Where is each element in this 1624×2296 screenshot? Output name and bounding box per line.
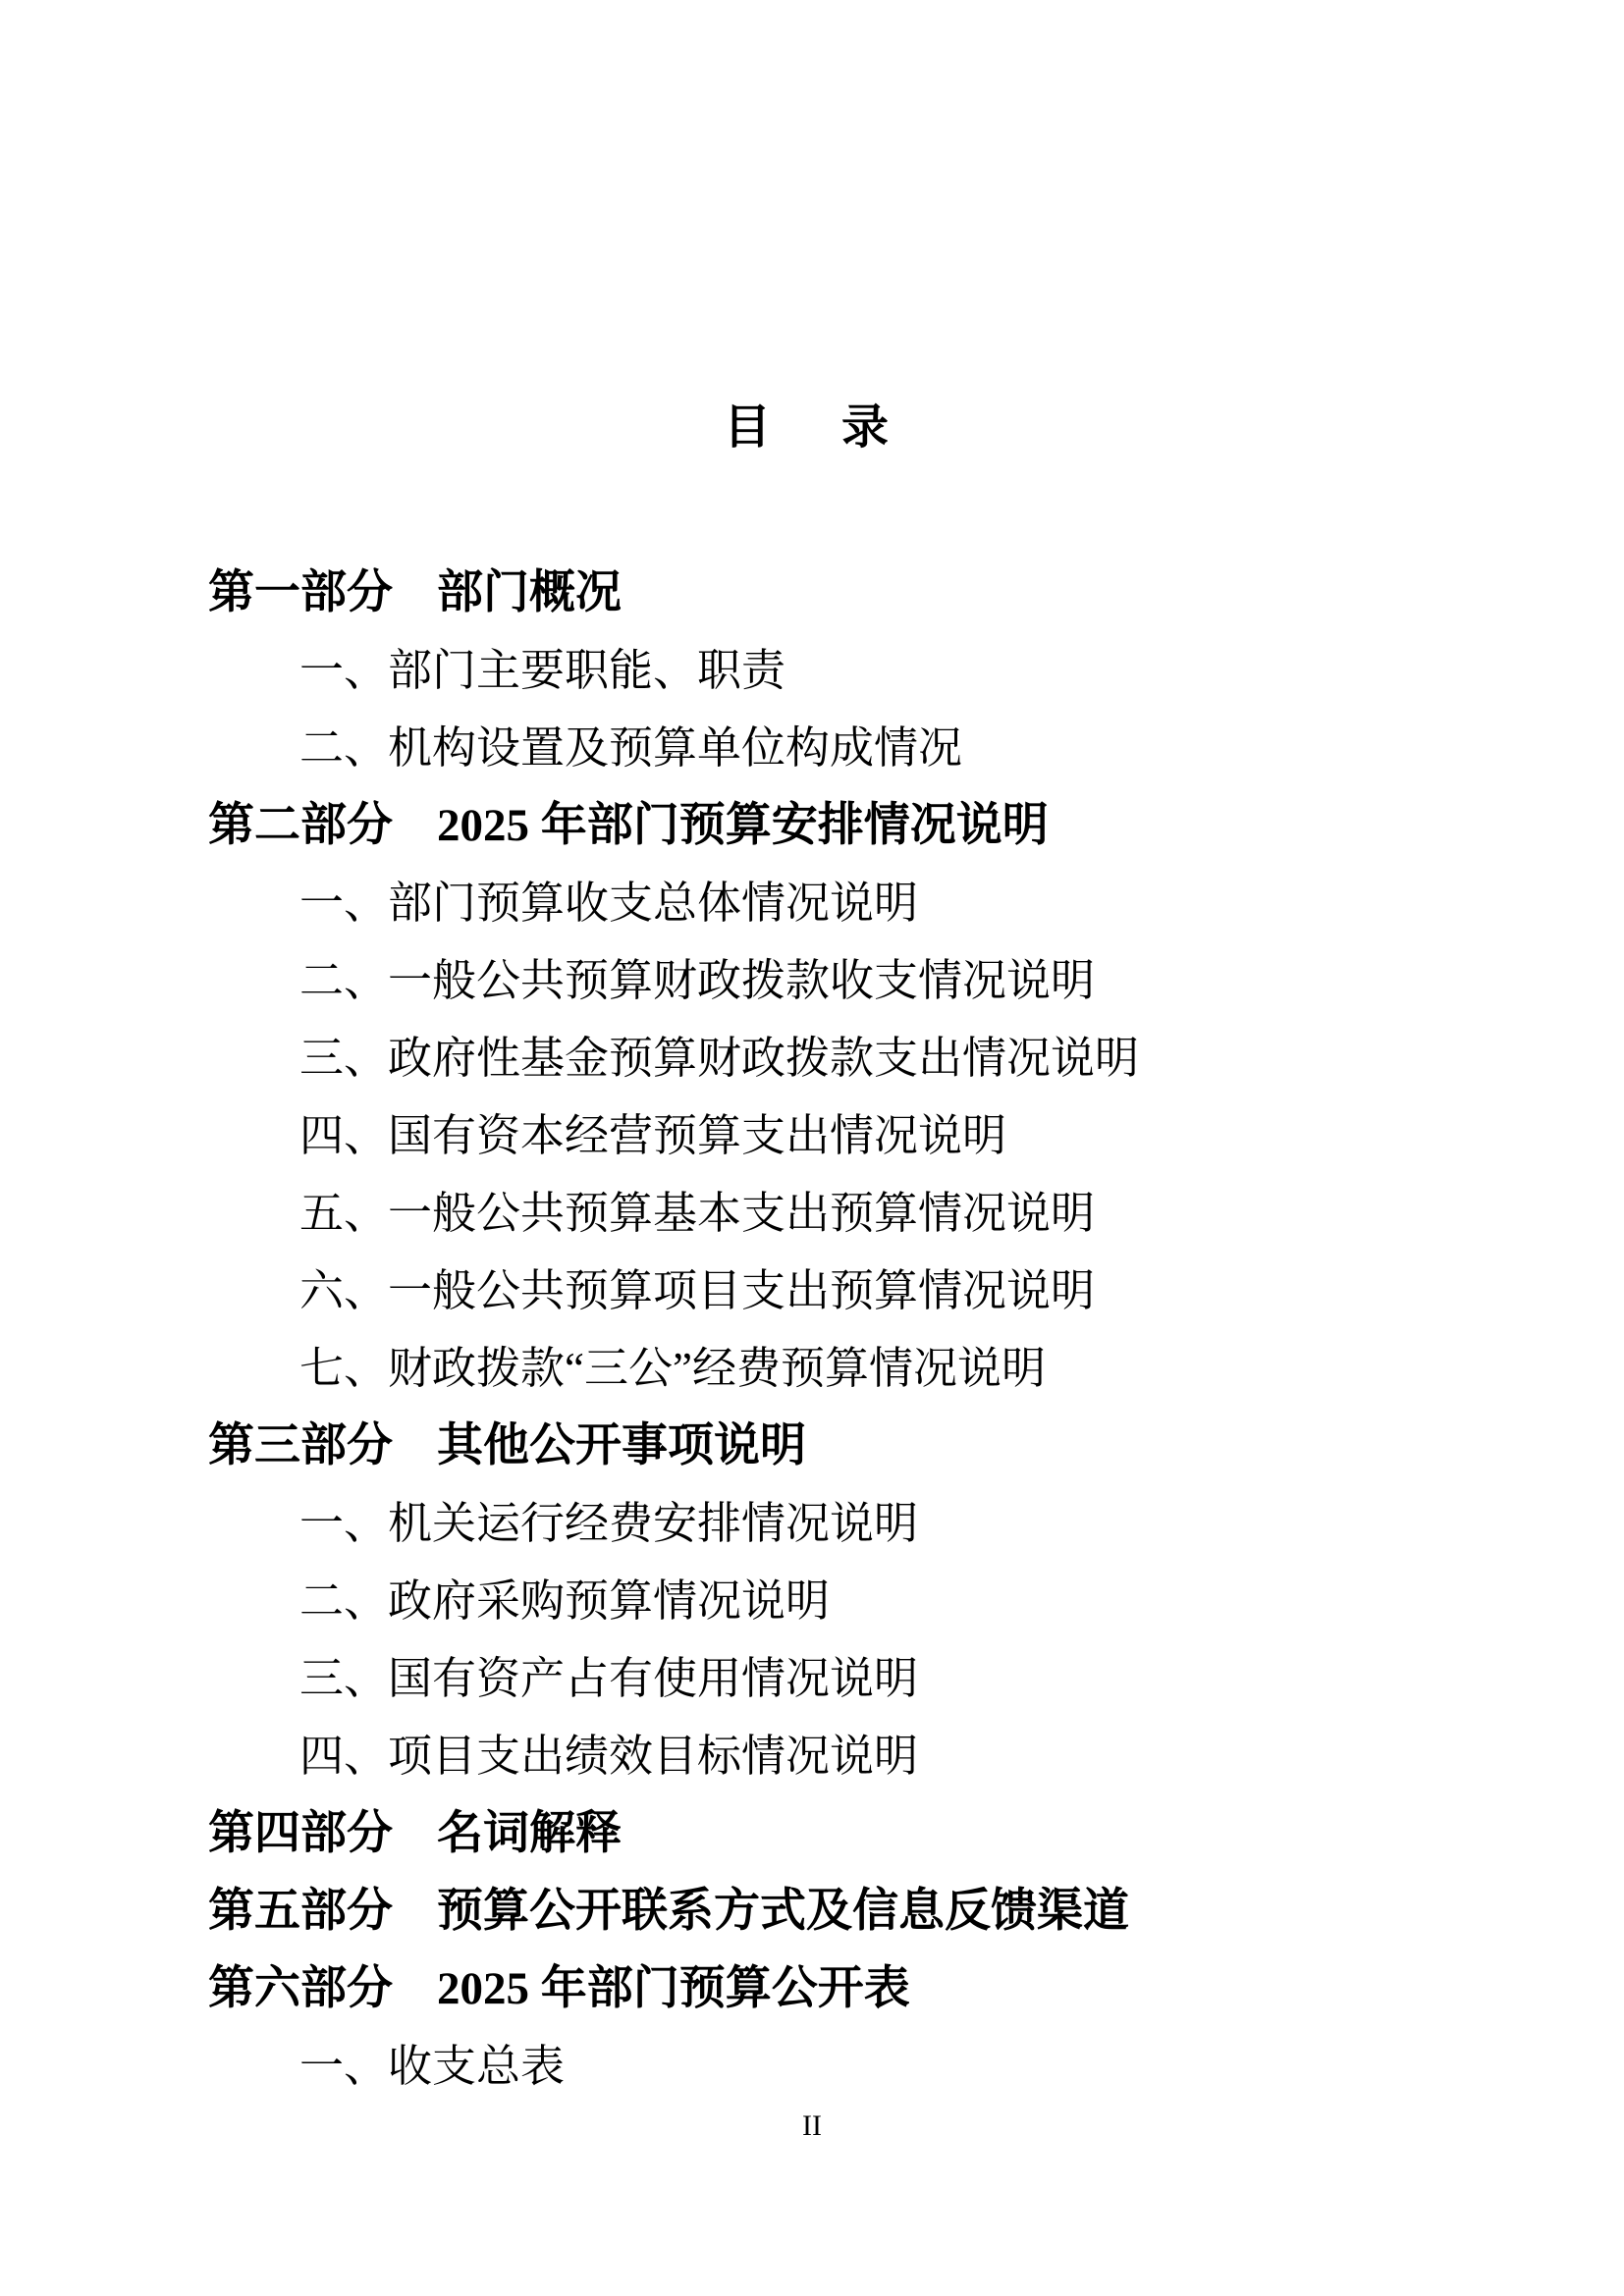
document-page: 目 录 第一部分 部门概况 一、部门主要职能、职责 二、机构设置及预算单位构成情… — [0, 0, 1624, 2296]
toc-entry-section: 第二部分 2025 年部门预算安排情况说明 — [208, 782, 1565, 860]
toc-entry-item: 六、一般公共预算项目支出预算情况说明 — [208, 1248, 1565, 1325]
toc-section-title: 预算公开联系方式及信息反馈渠道 — [437, 1874, 1129, 1940]
toc-entry-section: 第三部分 其他公开事项说明 — [208, 1403, 1565, 1480]
toc-entry-section: 第一部分 部门概况 — [208, 550, 1565, 627]
toc-entry-item: 三、政府性基金预算财政拨款支出情况说明 — [208, 1015, 1565, 1093]
toc-entry-section: 第六部分 2025 年部门预算公开表 — [208, 1946, 1565, 2023]
toc-entry-item: 七、财政拨款“三公”经费预算情况说明 — [208, 1325, 1565, 1403]
toc-section-label: 第一部分 — [208, 556, 393, 621]
toc-entry-item: 一、部门主要职能、职责 — [208, 627, 1565, 705]
toc-entry-item: 一、收支总表 — [208, 2023, 1565, 2101]
toc-entry-item: 二、政府采购预算情况说明 — [208, 1558, 1565, 1635]
toc-entry-section: 第五部分 预算公开联系方式及信息反馈渠道 — [208, 1868, 1565, 1946]
toc-section-label: 第二部分 — [208, 788, 393, 854]
toc-entry-item: 五、一般公共预算基本支出预算情况说明 — [208, 1170, 1565, 1248]
toc-section-label: 第三部分 — [208, 1409, 393, 1474]
toc-section-title: 2025 年部门预算公开表 — [437, 1951, 910, 2017]
page-number: II — [0, 2110, 1624, 2142]
toc-entry-item: 二、一般公共预算财政拨款收支情况说明 — [208, 937, 1565, 1015]
toc-entry-item: 三、国有资产占有使用情况说明 — [208, 1635, 1565, 1713]
toc-section-title: 名词解释 — [437, 1796, 622, 1862]
toc-section-title: 2025 年部门预算安排情况说明 — [437, 788, 1049, 854]
toc-section-label: 第五部分 — [208, 1874, 393, 1940]
toc-list: 第一部分 部门概况 一、部门主要职能、职责 二、机构设置及预算单位构成情况 第二… — [208, 550, 1565, 2101]
toc-section-label: 第六部分 — [208, 1951, 393, 2017]
toc-entry-item: 四、项目支出绩效目标情况说明 — [208, 1713, 1565, 1790]
toc-entry-item: 一、部门预算收支总体情况说明 — [208, 860, 1565, 937]
toc-section-label: 第四部分 — [208, 1796, 393, 1862]
toc-entry-item: 一、机关运行经费安排情况说明 — [208, 1480, 1565, 1558]
toc-entry-item: 四、国有资本经营预算支出情况说明 — [208, 1093, 1565, 1170]
page-title: 目 录 — [0, 402, 1624, 454]
toc-section-title: 其他公开事项说明 — [437, 1409, 806, 1474]
toc-section-title: 部门概况 — [437, 556, 622, 621]
toc-entry-section: 第四部分 名词解释 — [208, 1790, 1565, 1868]
toc-entry-item: 二、机构设置及预算单位构成情况 — [208, 705, 1565, 782]
